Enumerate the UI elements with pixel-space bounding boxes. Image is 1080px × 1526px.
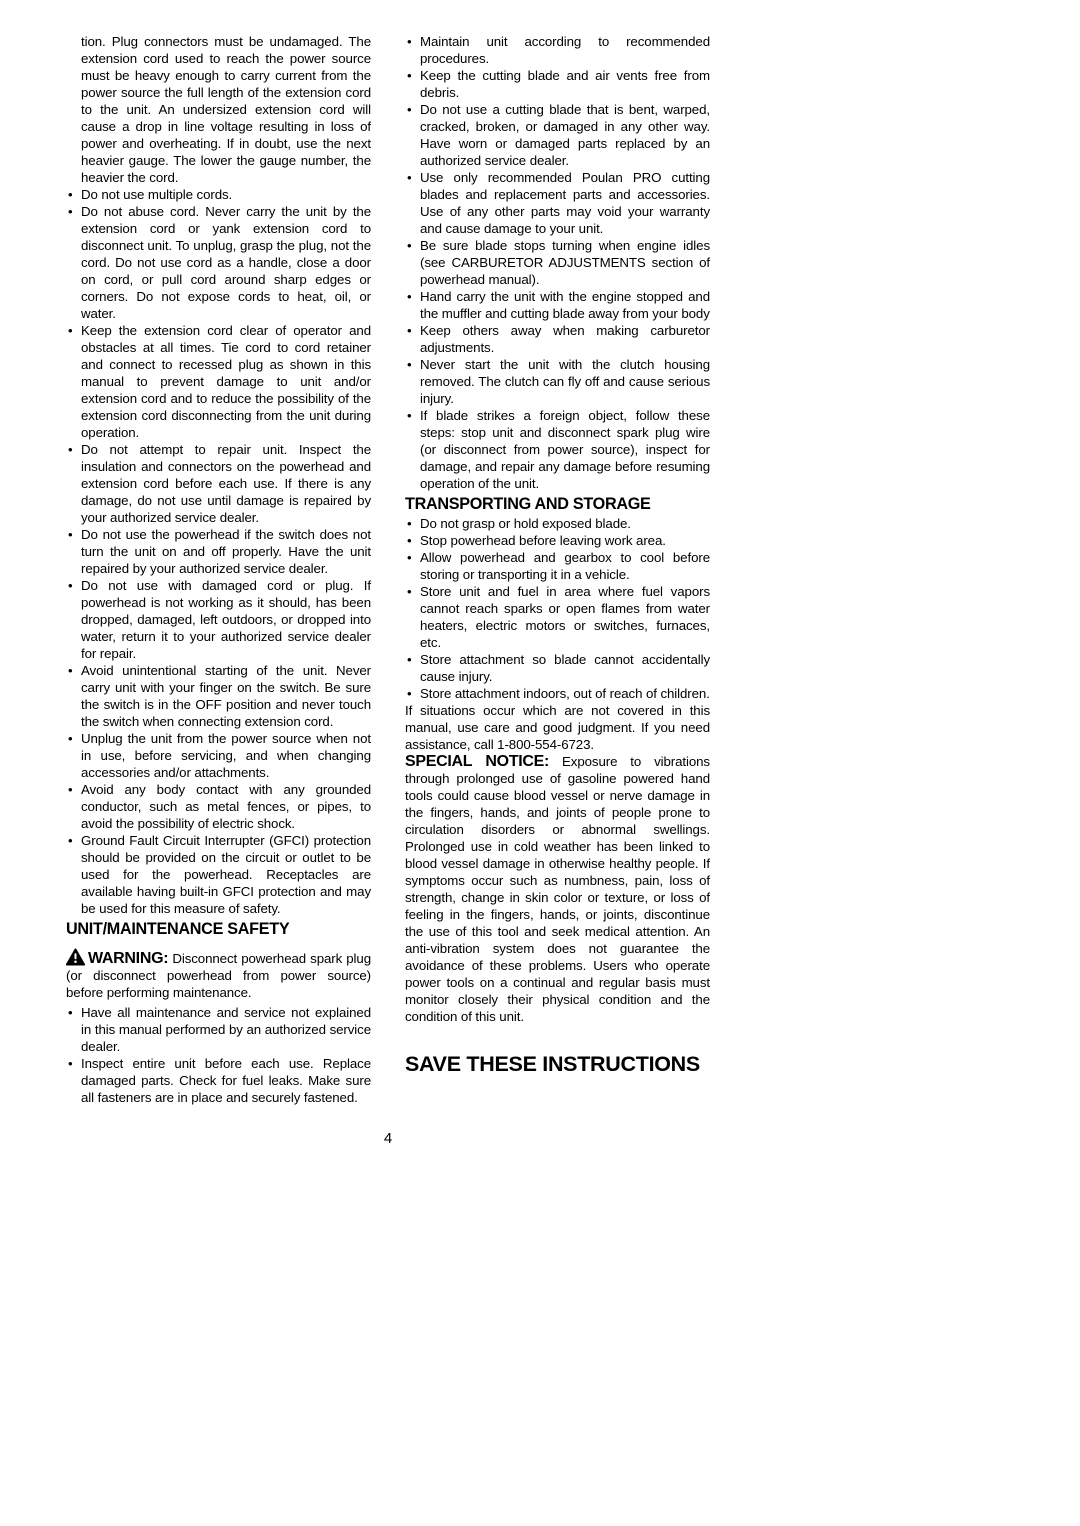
- bullet-marker-icon: •: [407, 33, 412, 50]
- bullet-text: Allow powerhead and gearbox to cool befo…: [420, 550, 710, 582]
- bullet-marker-icon: •: [407, 651, 412, 668]
- bullet-item: •Hand carry the unit with the engine sto…: [405, 288, 710, 322]
- bullet-item: •Do not use a cutting blade that is bent…: [405, 101, 710, 169]
- section-heading: TRANSPORTING AND STORAGE: [405, 495, 710, 514]
- bullet-item: •Allow powerhead and gearbox to cool bef…: [405, 549, 710, 583]
- bullet-marker-icon: •: [68, 441, 73, 458]
- page-number: 4: [66, 1130, 710, 1147]
- bullet-text: Avoid any body contact with any grounded…: [81, 782, 371, 831]
- bullet-text: Do not grasp or hold exposed blade.: [420, 516, 631, 531]
- bullet-marker-icon: •: [68, 186, 73, 203]
- bullet-text: Do not abuse cord. Never carry the unit …: [81, 204, 371, 321]
- special-notice-label: SPECIAL NOTICE:: [405, 753, 549, 770]
- bullet-text: If blade strikes a foreign object, follo…: [420, 408, 710, 491]
- bullet-text: Avoid unintentional starting of the unit…: [81, 663, 371, 729]
- bullet-item: •Never start the unit with the clutch ho…: [405, 356, 710, 407]
- bullet-item: •Inspect entire unit before each use. Re…: [66, 1055, 371, 1106]
- manual-page: tion. Plug connectors must be undamaged.…: [0, 0, 1080, 1526]
- bullet-item: •Do not use with damaged cord or plug. I…: [66, 577, 371, 662]
- bullet-text: Do not use with damaged cord or plug. If…: [81, 578, 371, 661]
- bullet-text: Do not use multiple cords.: [81, 187, 232, 202]
- warning-label: WARNING:: [88, 950, 168, 967]
- bullet-text: Have all maintenance and service not exp…: [81, 1005, 371, 1054]
- bullet-item: •Store attachment so blade cannot accide…: [405, 651, 710, 685]
- bullet-marker-icon: •: [407, 67, 412, 84]
- bullet-item: •Avoid unintentional starting of the uni…: [66, 662, 371, 730]
- bullet-marker-icon: •: [68, 526, 73, 543]
- bullet-text: Do not use a cutting blade that is bent,…: [420, 102, 710, 168]
- bullet-list: •Have all maintenance and service not ex…: [66, 1004, 371, 1106]
- bullet-text: Store attachment indoors, out of reach o…: [420, 686, 710, 701]
- bullet-list: •Maintain unit according to recommended …: [405, 33, 710, 492]
- bullet-text: Stop powerhead before leaving work area.: [420, 533, 666, 548]
- bullet-marker-icon: •: [68, 1004, 73, 1021]
- save-instructions-heading: SAVE THESE INSTRUCTIONS: [405, 1052, 710, 1077]
- bullet-item: •Avoid any body contact with any grounde…: [66, 781, 371, 832]
- special-notice-paragraph: SPECIAL NOTICE: Exposure to vibrations t…: [405, 753, 710, 1025]
- bullet-marker-icon: •: [68, 832, 73, 849]
- bullet-marker-icon: •: [68, 730, 73, 747]
- bullet-list: •Do not grasp or hold exposed blade.•Sto…: [405, 515, 710, 702]
- bullet-text: Keep others away when making carburetor …: [420, 323, 710, 355]
- bullet-marker-icon: •: [68, 203, 73, 220]
- bullet-marker-icon: •: [407, 322, 412, 339]
- bullet-item: •Do not attempt to repair unit. Inspect …: [66, 441, 371, 526]
- column-left: tion. Plug connectors must be undamaged.…: [66, 33, 371, 1106]
- bullet-item: •Store attachment indoors, out of reach …: [405, 685, 710, 702]
- bullet-item: •Use only recommended Poulan PRO cutting…: [405, 169, 710, 237]
- section-heading: UNIT/MAINTENANCE SAFETY: [66, 920, 371, 939]
- bullet-marker-icon: •: [407, 532, 412, 549]
- bullet-text: Unplug the unit from the power source wh…: [81, 731, 371, 780]
- bullet-text: Do not use the powerhead if the switch d…: [81, 527, 371, 576]
- warning-paragraph: WARNING: Disconnect powerhead spark plug…: [66, 948, 371, 1001]
- page-content: tion. Plug connectors must be undamaged.…: [66, 33, 710, 1147]
- bullet-marker-icon: •: [407, 515, 412, 532]
- two-column-layout: tion. Plug connectors must be undamaged.…: [66, 33, 710, 1106]
- bullet-marker-icon: •: [407, 583, 412, 600]
- warning-triangle-icon: [66, 948, 85, 966]
- bullet-marker-icon: •: [407, 288, 412, 305]
- bullet-item: •Do not abuse cord. Never carry the unit…: [66, 203, 371, 322]
- bullet-item: •Ground Fault Circuit Interrupter (GFCI)…: [66, 832, 371, 917]
- bullet-marker-icon: •: [407, 237, 412, 254]
- bullet-marker-icon: •: [407, 685, 412, 702]
- bullet-text: Do not attempt to repair unit. Inspect t…: [81, 442, 371, 525]
- bullet-marker-icon: •: [407, 101, 412, 118]
- bullet-marker-icon: •: [407, 356, 412, 373]
- column-right: •Maintain unit according to recommended …: [405, 33, 710, 1106]
- bullet-item: •Do not use the powerhead if the switch …: [66, 526, 371, 577]
- bullet-marker-icon: •: [407, 169, 412, 186]
- bullet-text: Hand carry the unit with the engine stop…: [420, 289, 710, 321]
- bullet-item: •Unplug the unit from the power source w…: [66, 730, 371, 781]
- bullet-marker-icon: •: [68, 577, 73, 594]
- bullet-item: •Keep the extension cord clear of operat…: [66, 322, 371, 441]
- bullet-item: •Be sure blade stops turning when engine…: [405, 237, 710, 288]
- continued-paragraph: tion. Plug connectors must be undamaged.…: [66, 33, 371, 186]
- bullet-text: Keep the cutting blade and air vents fre…: [420, 68, 710, 100]
- bullet-item: •Do not grasp or hold exposed blade.: [405, 515, 710, 532]
- bullet-text: Ground Fault Circuit Interrupter (GFCI) …: [81, 833, 371, 916]
- bullet-text: Be sure blade stops turning when engine …: [420, 238, 710, 287]
- bullet-item: •Keep the cutting blade and air vents fr…: [405, 67, 710, 101]
- bullet-marker-icon: •: [407, 549, 412, 566]
- bullet-marker-icon: •: [68, 662, 73, 679]
- bullet-item: •Maintain unit according to recommended …: [405, 33, 710, 67]
- bullet-marker-icon: •: [68, 322, 73, 339]
- bullet-item: •Have all maintenance and service not ex…: [66, 1004, 371, 1055]
- bullet-text: Keep the extension cord clear of operato…: [81, 323, 371, 440]
- bullet-text: Maintain unit according to recommended p…: [420, 34, 710, 66]
- bullet-list: •Do not use multiple cords.•Do not abuse…: [66, 186, 371, 917]
- paragraph: If situations occur which are not covere…: [405, 702, 710, 753]
- bullet-item: •If blade strikes a foreign object, foll…: [405, 407, 710, 492]
- bullet-marker-icon: •: [68, 781, 73, 798]
- bullet-text: Store attachment so blade cannot acciden…: [420, 652, 710, 684]
- bullet-text: Store unit and fuel in area where fuel v…: [420, 584, 710, 650]
- bullet-text: Use only recommended Poulan PRO cutting …: [420, 170, 710, 236]
- bullet-item: •Keep others away when making carburetor…: [405, 322, 710, 356]
- bullet-marker-icon: •: [68, 1055, 73, 1072]
- bullet-item: •Store unit and fuel in area where fuel …: [405, 583, 710, 651]
- bullet-marker-icon: •: [407, 407, 412, 424]
- bullet-item: •Stop powerhead before leaving work area…: [405, 532, 710, 549]
- bullet-item: •Do not use multiple cords.: [66, 186, 371, 203]
- bullet-text: Inspect entire unit before each use. Rep…: [81, 1056, 371, 1105]
- bullet-text: Never start the unit with the clutch hou…: [420, 357, 710, 406]
